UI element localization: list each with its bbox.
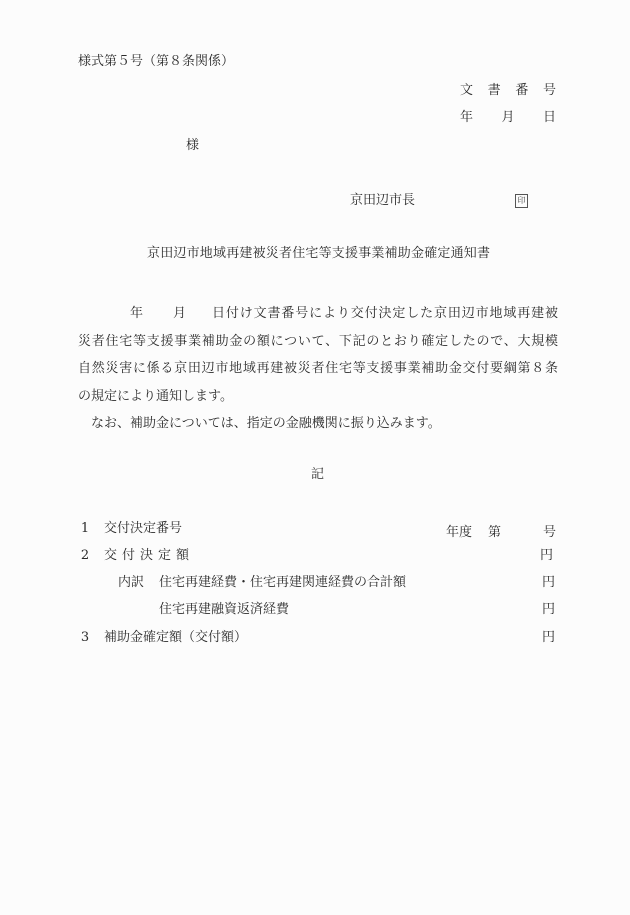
document-number-char: 文: [460, 83, 473, 99]
date-day: 日: [543, 110, 556, 126]
document-number-char: 号: [543, 83, 556, 99]
breakdown-label: 内訳: [118, 575, 144, 591]
item-number: 1: [78, 521, 92, 537]
yen-unit: 円: [540, 548, 553, 564]
body-line: の規定により通知します。: [78, 383, 558, 411]
body-line: 災者住宅等支援事業補助金の額について、下記のとおり確定したので、大規模: [78, 328, 558, 356]
body-line: 自然災害に係る京田辺市地域再建被災者住宅等支援事業補助金交付要綱第８条: [78, 355, 558, 383]
document-number-char: 書: [488, 83, 501, 99]
item-label: 交付決定番号: [104, 521, 182, 537]
date-month: 月: [501, 110, 514, 126]
issuer-name: 京田辺市長: [350, 193, 415, 209]
body-first-line-text: 日付け文書番号により交付決定した京田辺市地域再建被: [212, 300, 558, 328]
yen-unit: 円: [542, 575, 555, 591]
document-number-char: 番: [515, 83, 528, 99]
date-label: 年 月 日: [460, 110, 556, 126]
fiscal-year-label: 年度: [446, 521, 488, 540]
date-year: 年: [460, 110, 473, 126]
ki-heading: 記: [311, 467, 324, 483]
breakdown-item-label: 住宅再建経費・住宅再建関連経費の合計額: [159, 575, 406, 591]
document-title: 京田辺市地域再建被災者住宅等支援事業補助金確定通知書: [147, 246, 490, 262]
item-number: 2: [78, 548, 92, 564]
seal-icon: 印: [515, 194, 528, 208]
item-label: 交付決定額: [104, 548, 194, 564]
body-note: なお、補助金については、指定の金融機関に振り込みます。: [78, 410, 558, 438]
breakdown-item-label: 住宅再建融資返済経費: [159, 602, 289, 618]
document-number-label: 文 書 番 号: [460, 83, 556, 99]
item-label: 補助金確定額（交付額）: [104, 630, 247, 646]
item-number: 3: [78, 630, 92, 646]
body-first-line: 年 月 日付け文書番号により交付決定した京田辺市地域再建被: [78, 300, 558, 328]
form-number: 様式第５号（第８条関係）: [78, 54, 234, 70]
yen-unit: 円: [542, 630, 555, 646]
dai-label: 第: [488, 521, 540, 540]
body-year: 年: [130, 300, 143, 328]
addressee-suffix: 様: [186, 138, 199, 154]
decision-number-fields: 年度 第 号: [446, 521, 556, 540]
body-paragraph: 年 月 日付け文書番号により交付決定した京田辺市地域再建被 災者住宅等支援事業補…: [78, 300, 558, 438]
yen-unit: 円: [542, 602, 555, 618]
go-label: 号: [540, 521, 556, 540]
body-month: 月: [173, 300, 186, 328]
